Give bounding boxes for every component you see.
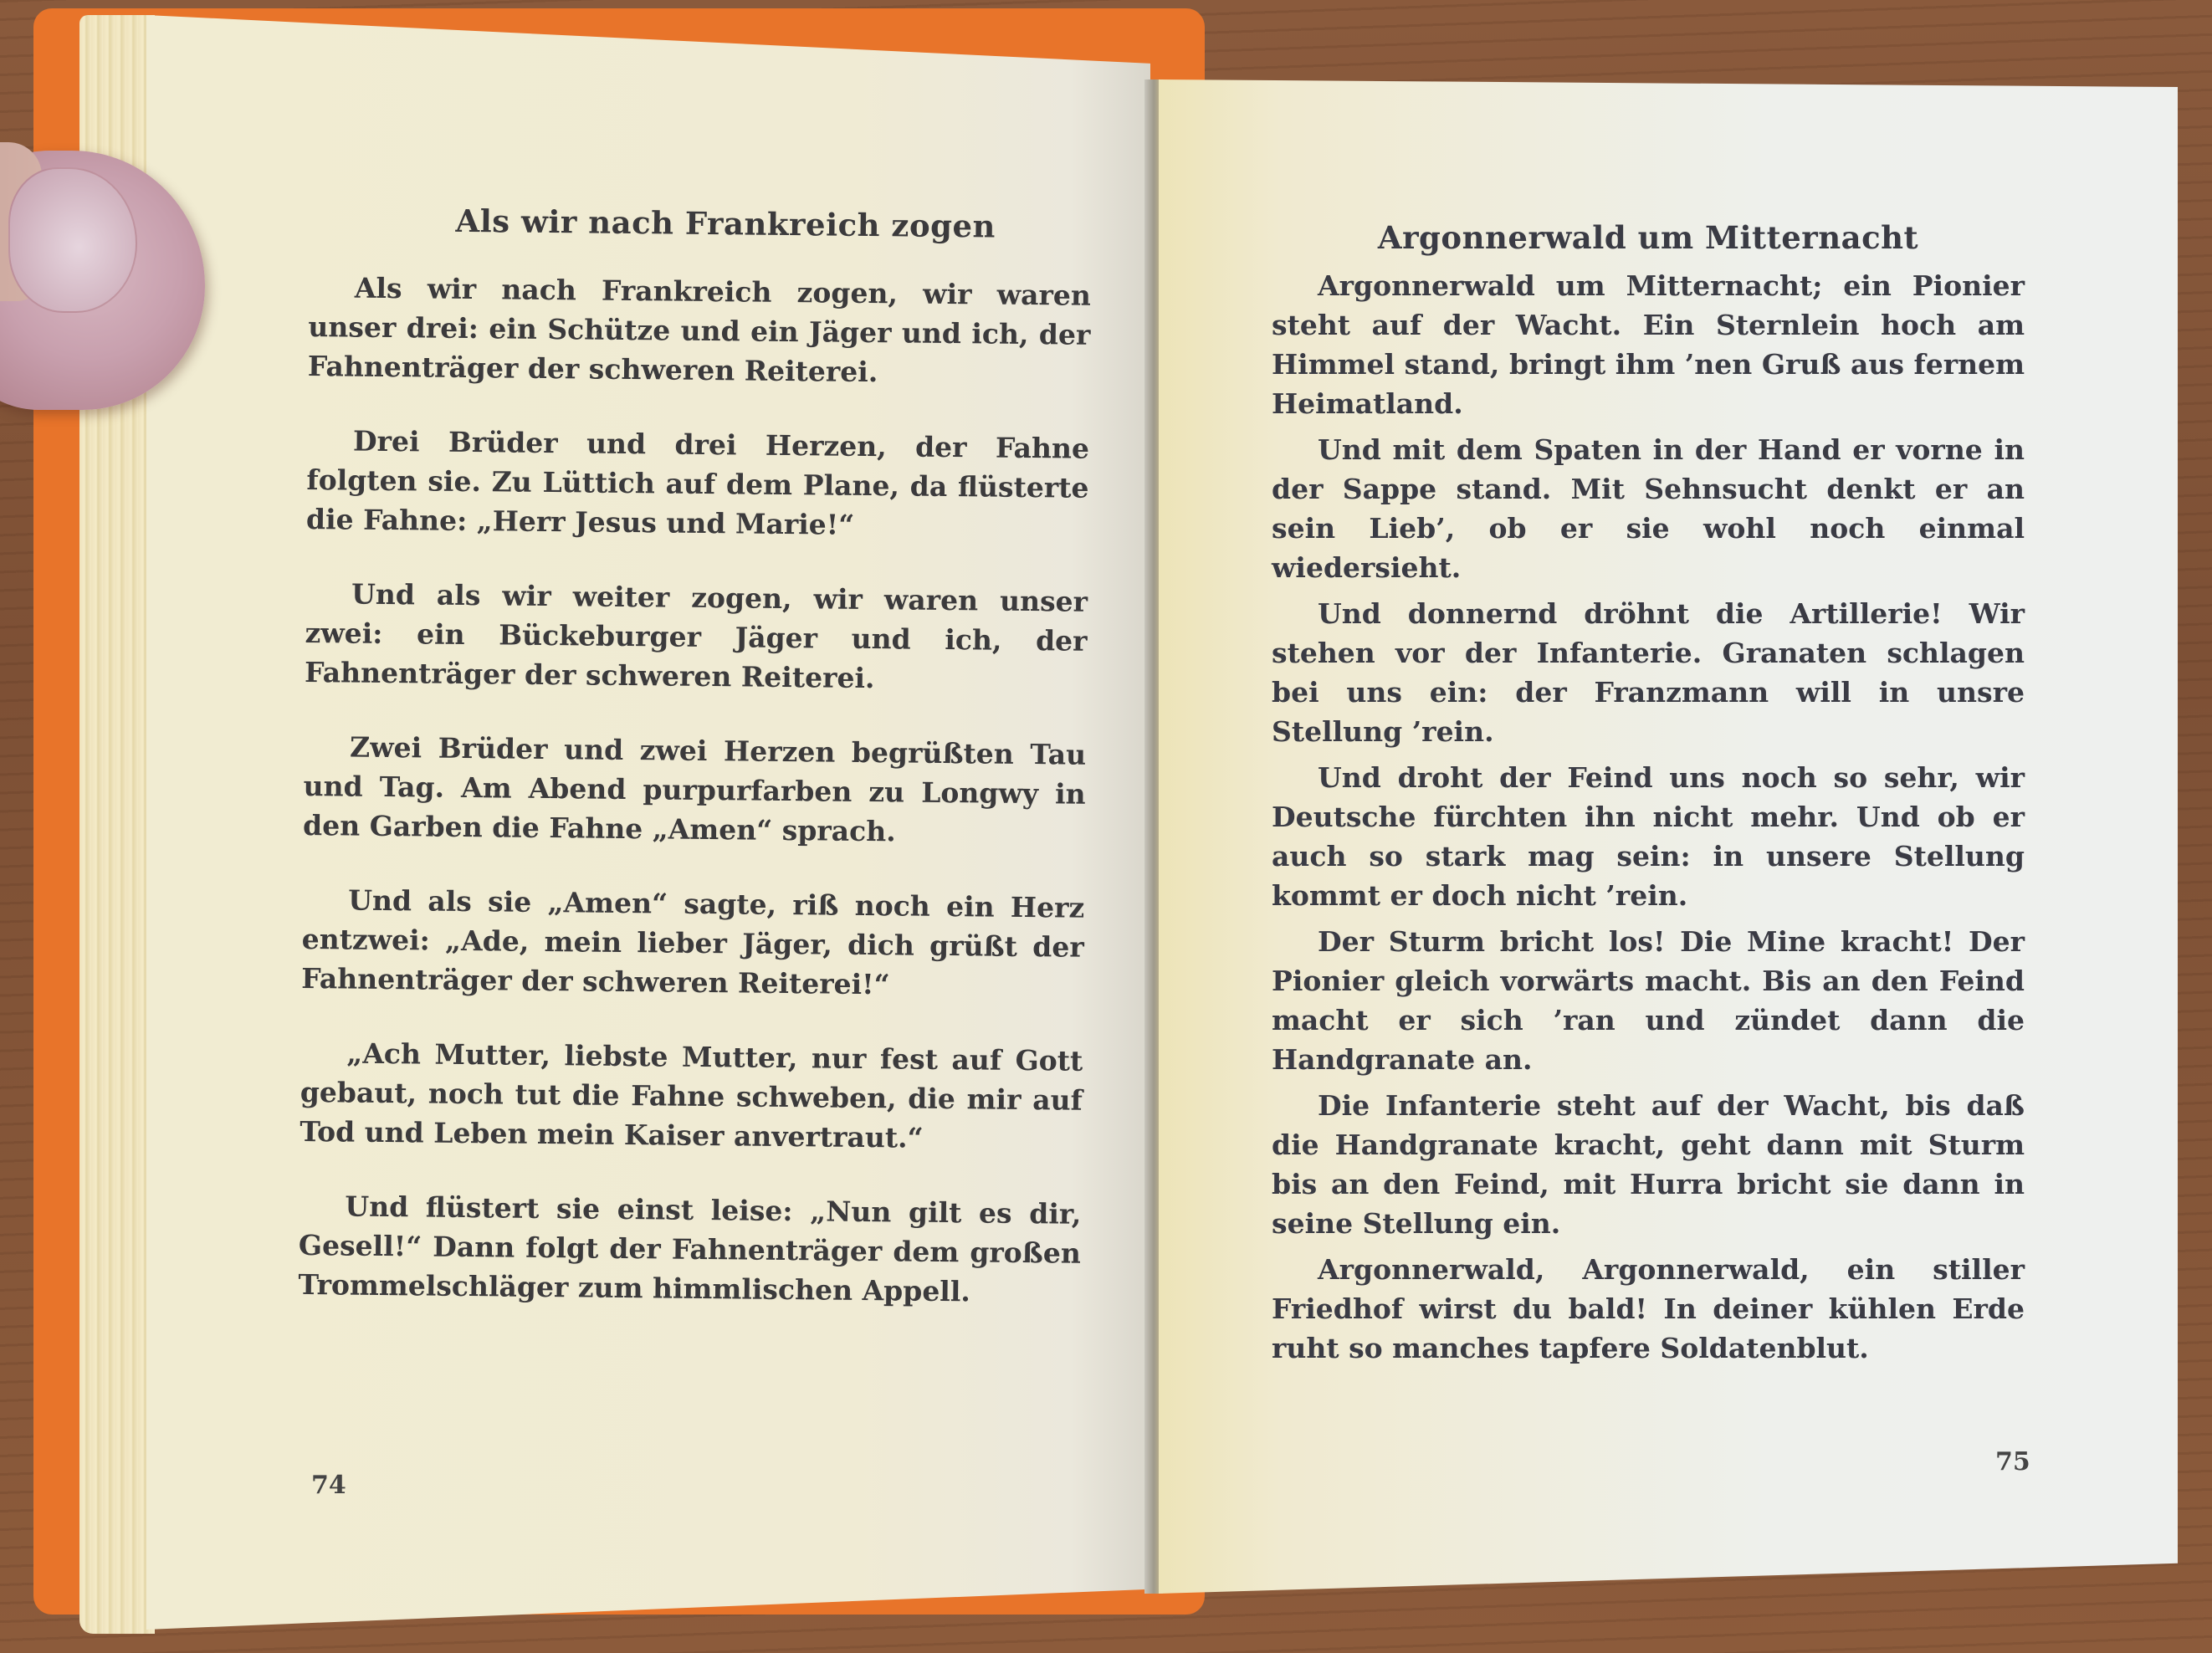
left-paragraph: „Ach Mutter, liebste Mutter, nur fest au… (300, 1033, 1083, 1159)
right-page-title: Argonnerwald um Mitternacht (1272, 219, 2025, 256)
left-paragraph: Als wir nach Frankreich zogen, wir waren… (308, 268, 1091, 394)
left-paragraph: Zwei Brüder und zwei Herzen begrüßten Ta… (303, 727, 1086, 853)
right-paragraph: Und donnernd dröhnt die Artillerie! Wir … (1272, 594, 2025, 751)
thumbnail-icon (8, 167, 137, 313)
right-paragraph: Der Sturm bricht los! Die Mine kracht! D… (1272, 922, 2025, 1079)
right-page-number: 75 (1995, 1447, 2030, 1476)
right-paragraph: Und mit dem Spaten in der Hand er vorne … (1272, 430, 2025, 587)
right-page-text: Argonnerwald um Mitternacht Argonnerwald… (1272, 219, 2025, 1374)
right-paragraph: Die Infanterie steht auf der Wacht, bis … (1272, 1086, 2025, 1243)
left-paragraph: Und als sie „Amen“ sagte, riß noch ein H… (301, 880, 1084, 1006)
left-page-text: Als wir nach Frankreich zogen Als wir na… (298, 201, 1092, 1348)
right-paragraph: Argonnerwald um Mitternacht; ein Pionier… (1272, 266, 2025, 423)
left-paragraph: Drei Brüder und drei Herzen, der Fahne f… (306, 421, 1089, 547)
right-paragraph: Und droht der Feind uns noch so sehr, wi… (1272, 758, 2025, 915)
right-paragraph: Argonnerwald, Argonnerwald, ein stiller … (1272, 1250, 2025, 1368)
left-paragraph: Und als wir weiter zogen, wir waren unse… (305, 574, 1088, 700)
left-paragraph: Und flüstert sie einst leise: „Nun gilt … (298, 1186, 1081, 1313)
left-page-number: 74 (311, 1471, 346, 1500)
left-page-title: Als wir nach Frankreich zogen (360, 202, 1092, 246)
